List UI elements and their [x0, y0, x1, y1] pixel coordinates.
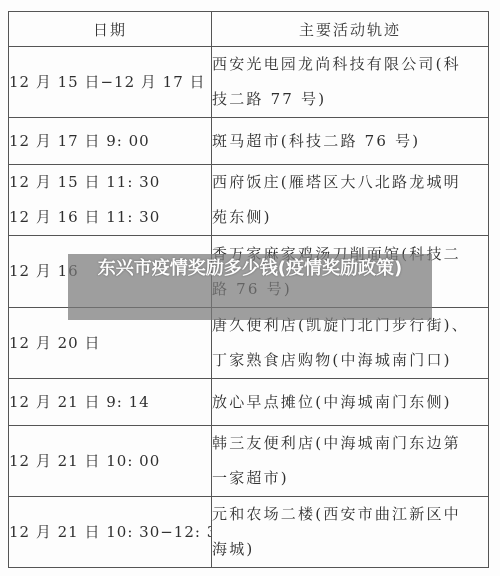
document-page: 日期 主要活动轨迹 12 月 15 日−12 月 17 日 西安光电园龙尚科技有… — [0, 0, 500, 576]
date-text: 12 月 17 日 9: 00 — [9, 124, 211, 159]
header-date: 日期 — [9, 12, 212, 47]
place-text: 西安光电园龙尚科技有限公司(科 — [212, 47, 488, 82]
table-row: 12 月 15 日 11: 30 12 月 16 日 11: 30 西府饭庄(雁… — [9, 165, 489, 236]
table-row: 12 月 15 日−12 月 17 日 西安光电园龙尚科技有限公司(科 技二路 … — [9, 47, 489, 118]
date-cell: 12 月 21 日 9: 14 — [9, 379, 212, 426]
date-text: 12 月 21 日 10: 30−12: 30 — [9, 515, 211, 550]
place-text: 放心早点摊位(中海城南门东侧) — [212, 385, 488, 420]
date-text: 12 月 21 日 9: 14 — [9, 385, 211, 420]
table-row: 12 月 21 日 10: 00 韩三友便利店(中海城南门东边第 一家超市) — [9, 426, 489, 497]
table-header-row: 日期 主要活动轨迹 — [9, 12, 489, 47]
place-text: 元和农场二楼(西安市曲江新区中 — [212, 497, 488, 532]
date-text: 12 月 21 日 10: 00 — [9, 444, 211, 479]
place-text: 苑东侧) — [212, 200, 488, 235]
date-text: 12 月 16 日 11: 30 — [9, 200, 211, 235]
table-row: 12 月 17 日 9: 00 斑马超市(科技二路 76 号) — [9, 118, 489, 165]
date-cell: 12 月 21 日 10: 00 — [9, 426, 212, 497]
table-row: 12 月 21 日 9: 14 放心早点摊位(中海城南门东侧) — [9, 379, 489, 426]
place-text: 一家超市) — [212, 461, 488, 496]
overlay-title: 东兴市疫情奖励多少钱(疫情奖励政策) — [78, 258, 422, 280]
place-text: 技二路 77 号) — [212, 82, 488, 117]
place-text: 西府饭庄(雁塔区大八北路龙城明 — [212, 165, 488, 200]
place-text: 斑马超市(科技二路 76 号) — [212, 124, 488, 159]
place-text: 海城) — [212, 532, 488, 567]
date-text: 12 月 15 日 11: 30 — [9, 165, 211, 200]
date-text: 12 月 20 日 — [9, 326, 211, 361]
place-text: 丁家熟食店购物(中海城南门口) — [212, 343, 488, 378]
table-row: 12 月 21 日 10: 30−12: 30 元和农场二楼(西安市曲江新区中 … — [9, 497, 489, 568]
date-text: 12 月 15 日−12 月 17 日 — [9, 65, 211, 100]
place-cell: 韩三友便利店(中海城南门东边第 一家超市) — [212, 426, 489, 497]
date-cell: 12 月 15 日 11: 30 12 月 16 日 11: 30 — [9, 165, 212, 236]
place-cell: 元和农场二楼(西安市曲江新区中 海城) — [212, 497, 489, 568]
place-text: 韩三友便利店(中海城南门东边第 — [212, 426, 488, 461]
place-cell: 西安光电园龙尚科技有限公司(科 技二路 77 号) — [212, 47, 489, 118]
header-activity-trace: 主要活动轨迹 — [212, 12, 489, 47]
date-cell: 12 月 17 日 9: 00 — [9, 118, 212, 165]
place-cell: 西府饭庄(雁塔区大八北路龙城明 苑东侧) — [212, 165, 489, 236]
date-cell: 12 月 15 日−12 月 17 日 — [9, 47, 212, 118]
date-cell: 12 月 21 日 10: 30−12: 30 — [9, 497, 212, 568]
place-cell: 斑马超市(科技二路 76 号) — [212, 118, 489, 165]
place-cell: 放心早点摊位(中海城南门东侧) — [212, 379, 489, 426]
title-overlay-banner: 东兴市疫情奖励多少钱(疫情奖励政策) — [68, 254, 432, 320]
